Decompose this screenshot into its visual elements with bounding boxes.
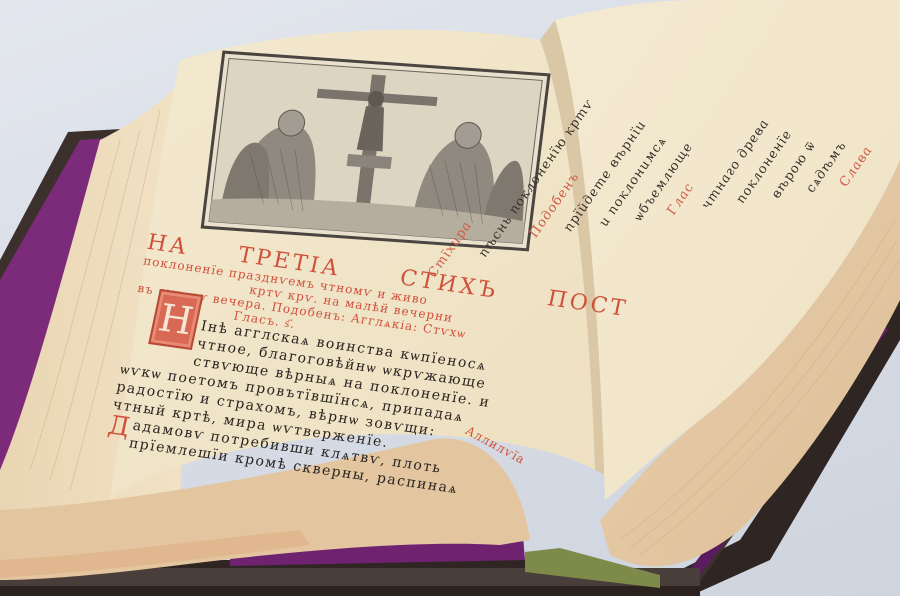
margin-note: Аллилѵїа [463,423,528,467]
photo-scene: НА ТРЕТІА СТИХЪ ПОСТ поклоненїе празднѵе… [0,0,900,596]
drop-letter: Д [105,410,132,442]
